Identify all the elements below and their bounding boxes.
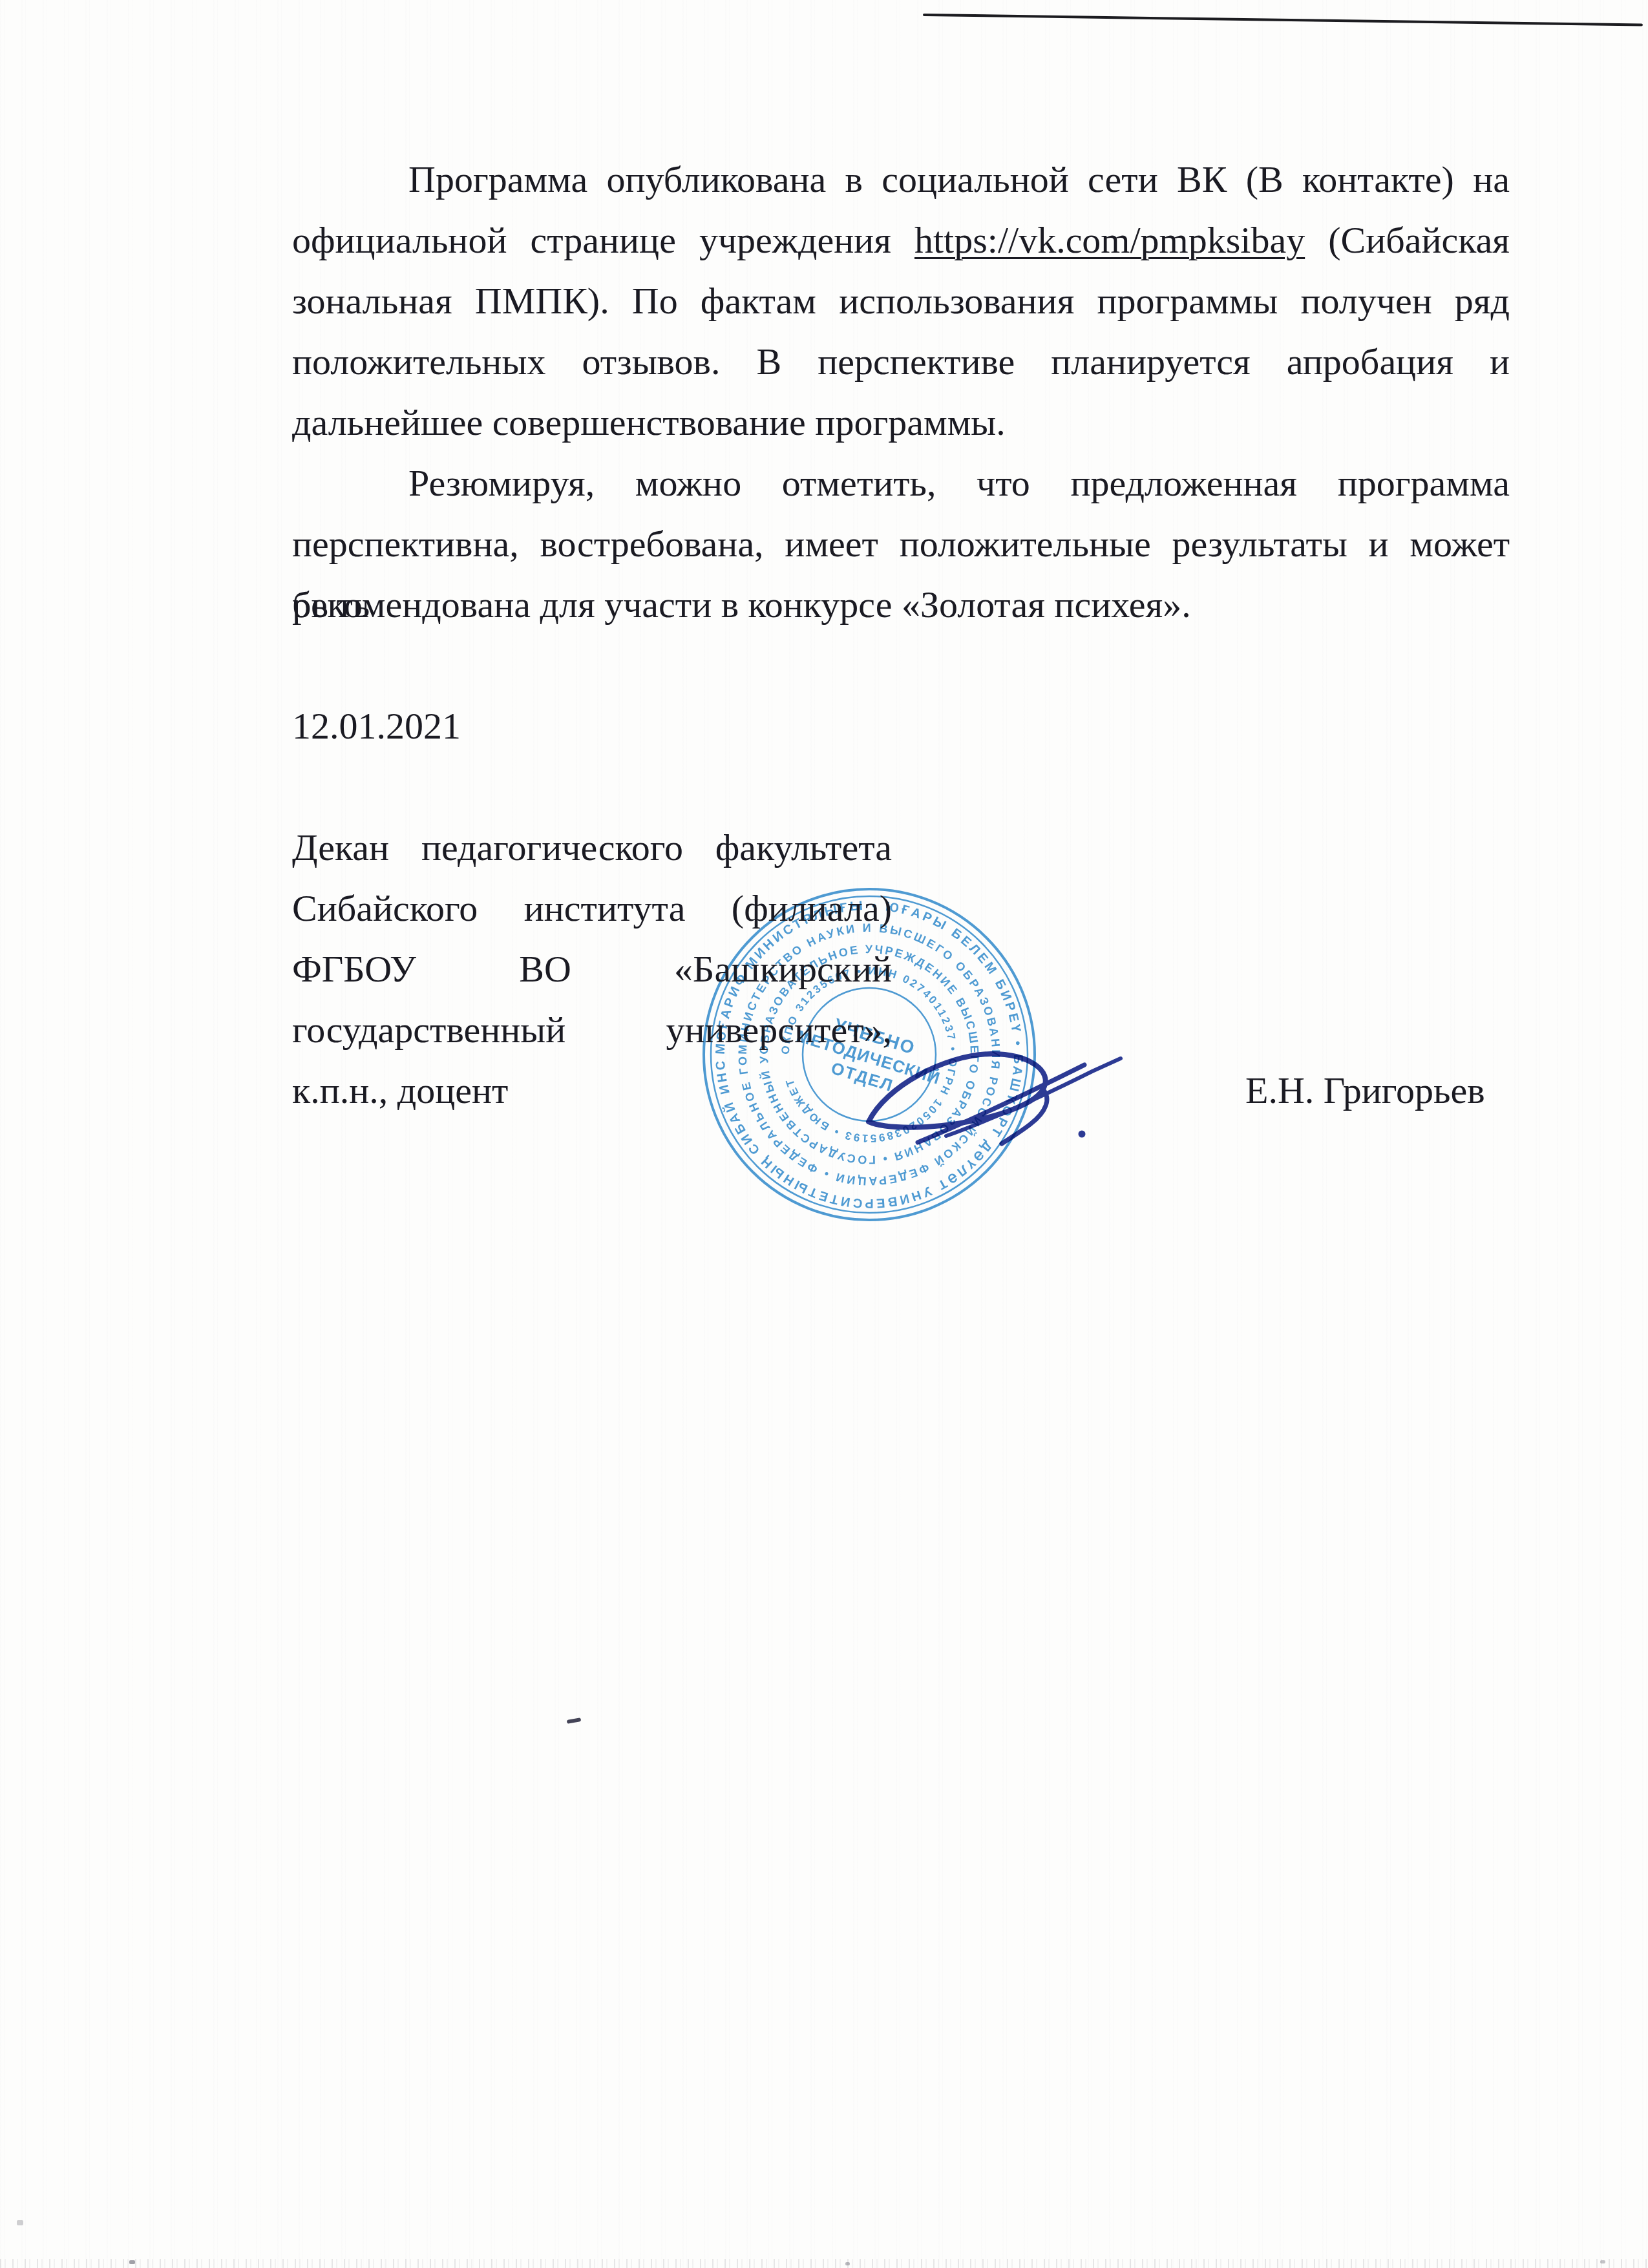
paragraph1-line1: Программа опубликована в социальной сети… bbox=[292, 149, 1510, 210]
paragraph-publication: Программа опубликована в социальной сети… bbox=[292, 149, 1510, 453]
handwritten-signature bbox=[854, 1033, 1152, 1168]
scan-bottom-noise-band bbox=[0, 2259, 1648, 2268]
scan-artifact-line bbox=[923, 14, 1643, 26]
paragraph1-line3: зональная ПМПК). По фактам использования… bbox=[292, 271, 1510, 331]
paragraph1-line2-post: (Сибайская bbox=[1328, 219, 1510, 261]
stray-ink-dash bbox=[567, 1717, 582, 1724]
signature-strokes bbox=[869, 1054, 1121, 1144]
paragraph1-line2: официальной странице учреждения https://… bbox=[292, 210, 1510, 271]
signer-position-block: Декан педагогического факультета Сибайск… bbox=[292, 817, 892, 1121]
scanned-document-page: МӘҒАРИФ МИНИСТРЛЫҒЫ • ЮҒАРЫ БЕЛЕМ БИРЕҮ … bbox=[0, 0, 1648, 2268]
paragraph1-line2-pre: официальной странице учреждения bbox=[292, 219, 891, 261]
document-date: 12.01.2021 bbox=[292, 696, 461, 757]
paragraph2-line3: рекомендована для участи в конкурсе «Зол… bbox=[292, 574, 1510, 635]
signer-position-line4: государственный университет», bbox=[292, 1000, 892, 1060]
paragraph1-line5: дальнейшее совершенствование программы. bbox=[292, 392, 1510, 453]
signature-ink-dot bbox=[1079, 1131, 1086, 1138]
paragraph2-line2: перспективна, востребована, имеет положи… bbox=[292, 514, 1510, 574]
scan-speck bbox=[1600, 2260, 1605, 2263]
paragraph-summary: Резюмируя, можно отметить, что предложен… bbox=[292, 453, 1510, 635]
signer-position-line1: Декан педагогического факультета bbox=[292, 817, 892, 878]
vk-page-url[interactable]: https://vk.com/pmpksibay bbox=[914, 219, 1305, 261]
scan-speck bbox=[17, 2220, 23, 2225]
scan-speck bbox=[129, 2260, 135, 2264]
signer-position-line3: ФГБОУ ВО «Башкирский bbox=[292, 939, 892, 1000]
paragraph2-line1: Резюмируя, можно отметить, что предложен… bbox=[292, 453, 1510, 514]
signer-position-line5: к.п.н., доцент bbox=[292, 1060, 892, 1121]
scan-speck bbox=[845, 2262, 850, 2265]
signer-name: Е.Н. Григорьев bbox=[1245, 1060, 1485, 1121]
signer-position-line2: Сибайского института (филиала) bbox=[292, 878, 892, 939]
paragraph1-line4: положительных отзывов. В перспективе пла… bbox=[292, 331, 1510, 392]
